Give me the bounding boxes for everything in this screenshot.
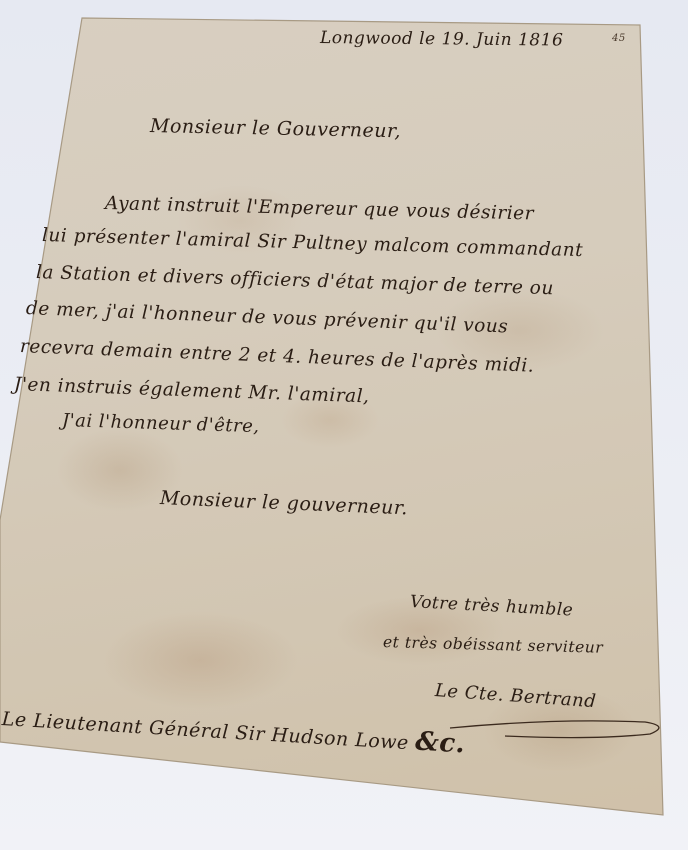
folio-number: 45	[612, 33, 626, 44]
place-date: Longwood le 19. Juin 1816	[320, 28, 564, 51]
addressee-etc: &c.	[415, 727, 467, 760]
